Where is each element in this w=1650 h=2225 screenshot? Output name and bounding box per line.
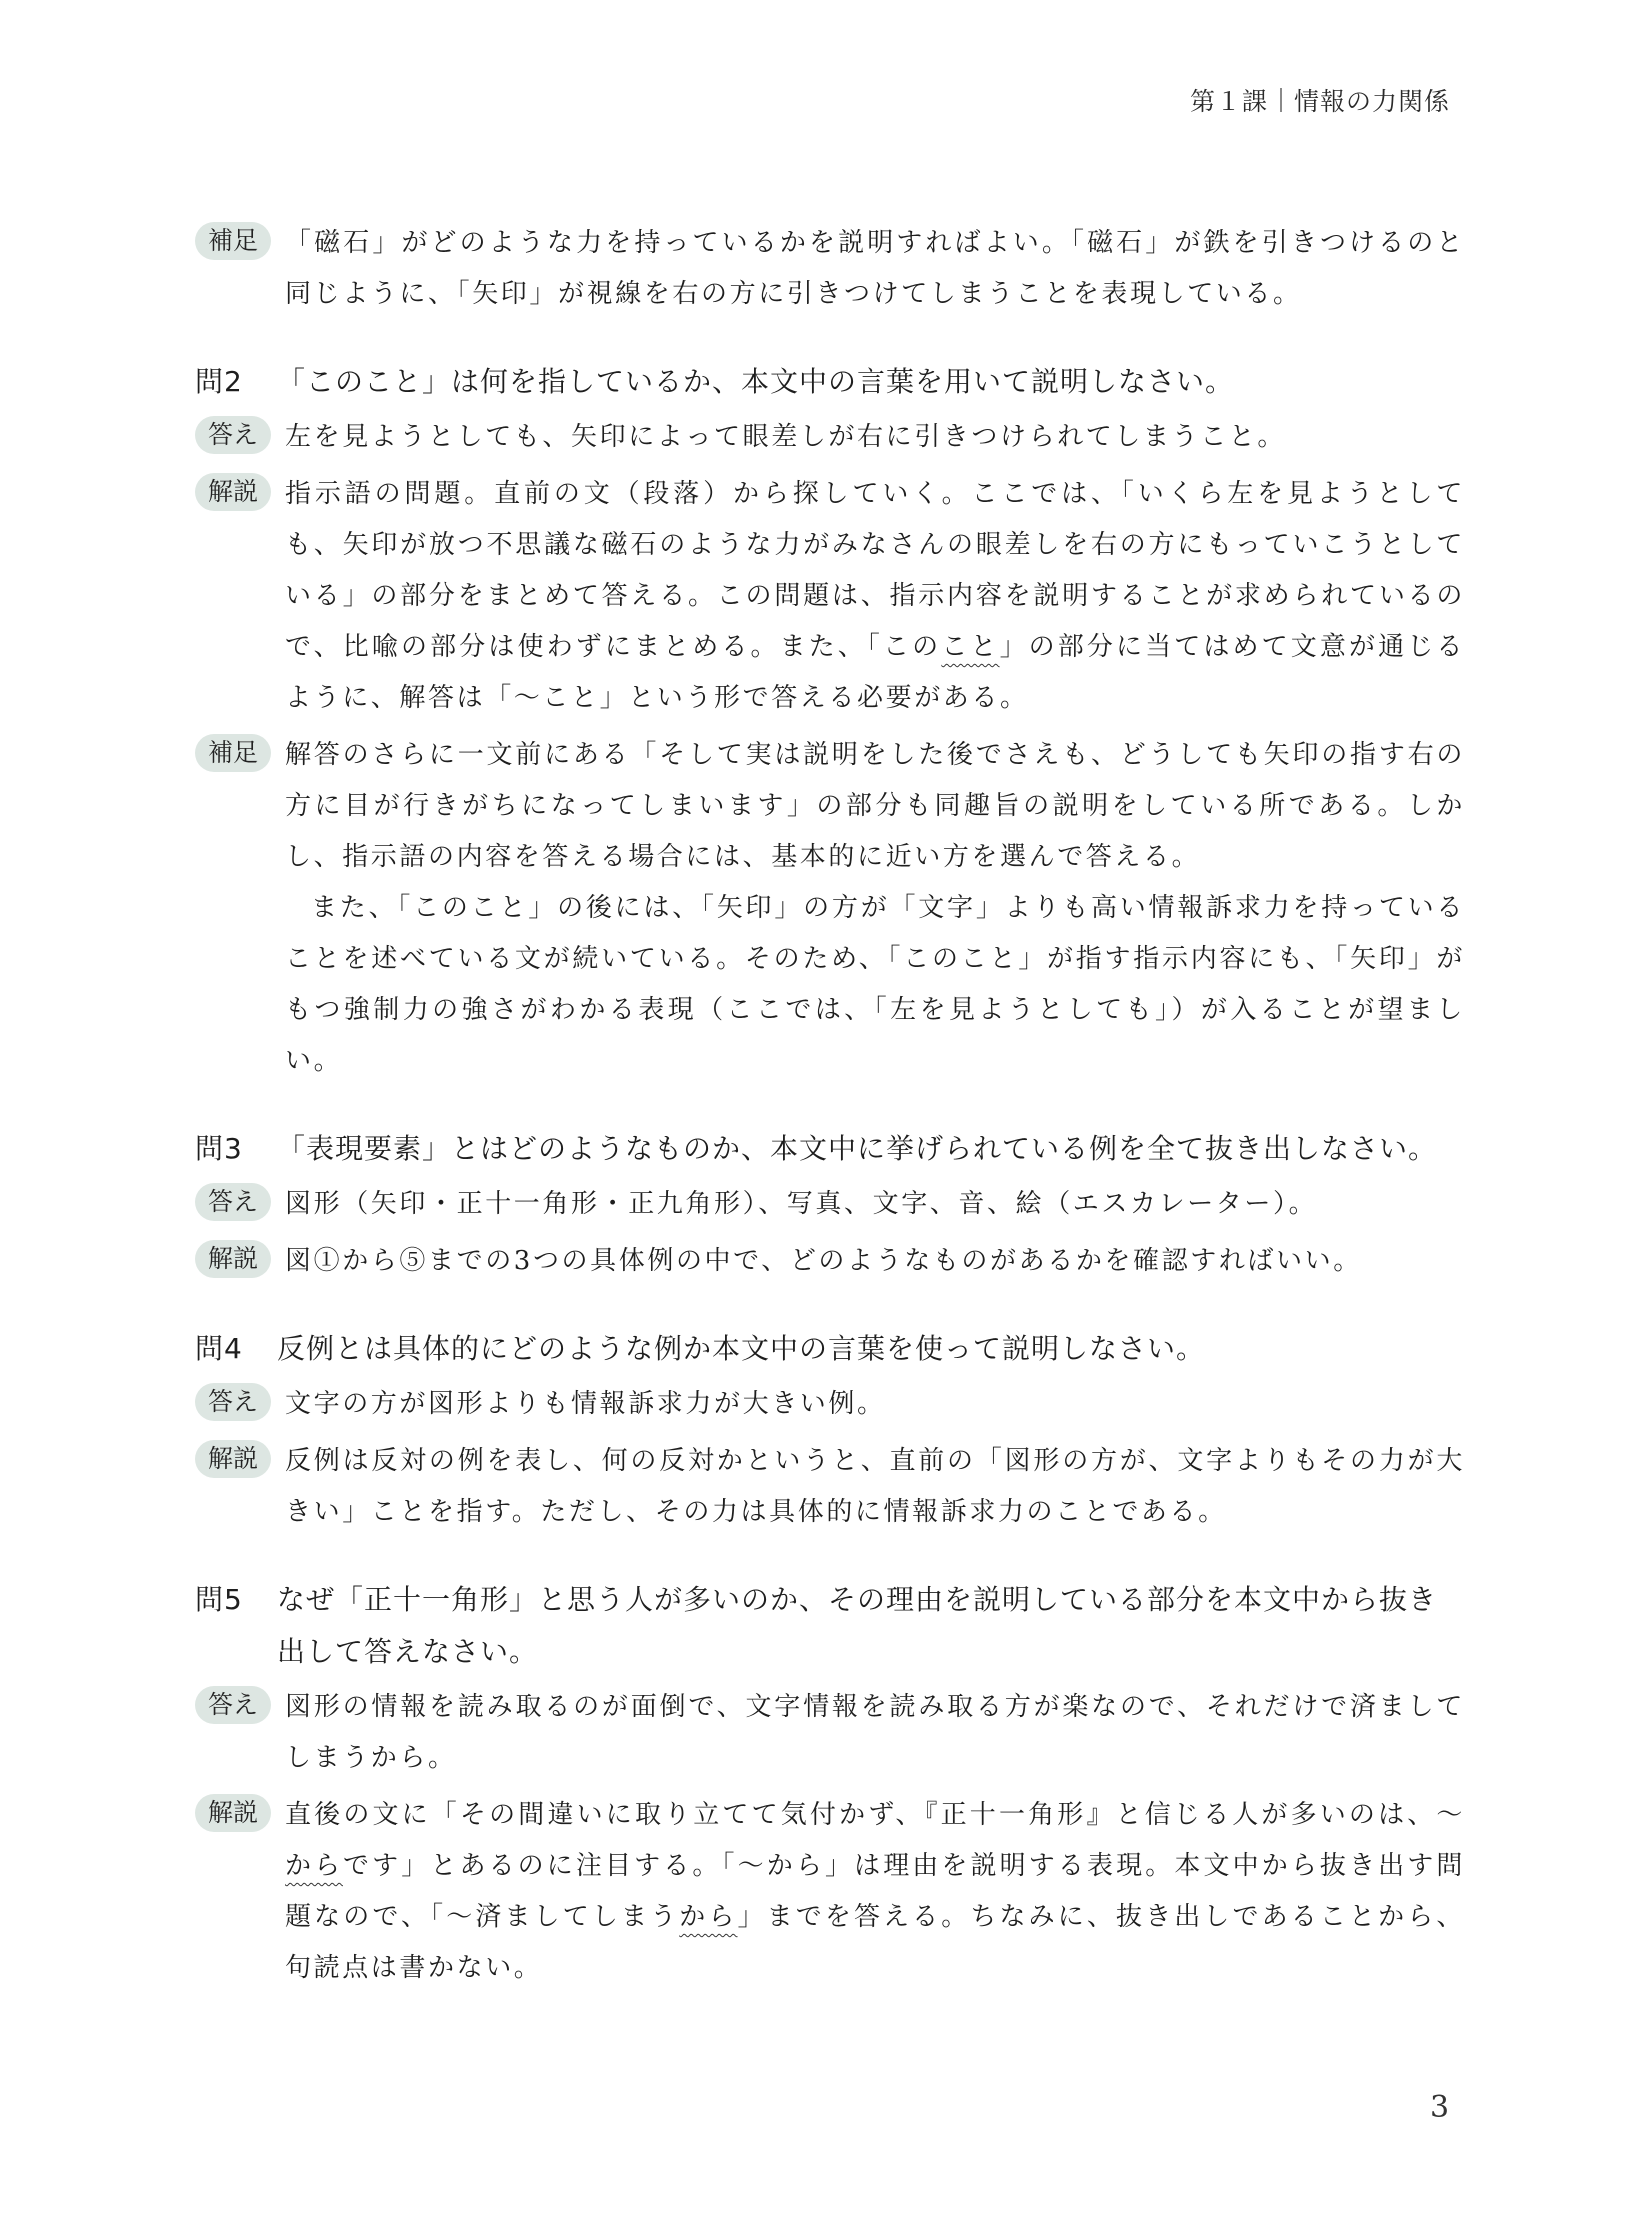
supplement-text: 「磁石」がどのような力を持っているかを説明すればよい。「磁石」が鉄を引きつけるの… [285, 218, 1465, 320]
running-header: 第１課 情報の力関係 [1190, 82, 1450, 118]
explanation-text: 反例は反対の例を表し、何の反対かというと、直前の「図形の方が、文字よりもその力が… [285, 1436, 1465, 1538]
answer-badge: 答え [195, 416, 271, 454]
q3-explanation-block: 解説 図①から⑤までの3つの具体例の中で、どのようなものがあるかを確認すればいい… [195, 1236, 1465, 1287]
q4-explanation-block: 解説 反例は反対の例を表し、何の反対かというと、直前の「図形の方が、文字よりもそ… [195, 1436, 1465, 1538]
page-content: 補足 「磁石」がどのような力を持っているかを説明すればよい。「磁石」が鉄を引きつ… [195, 218, 1465, 2000]
q4-answer-block: 答え 文字の方が図形よりも情報訴求力が大きい例。 [195, 1379, 1465, 1430]
question-4: 問4 反例とは具体的にどのような例か本文中の言葉を使って説明しなさい。 [195, 1323, 1465, 1375]
answer-badge: 答え [195, 1183, 271, 1221]
answer-text: 図形の情報を読み取るのが面倒で、文字情報を読み取る方が楽なので、それだけで済まし… [285, 1682, 1465, 1784]
header-divider [1280, 88, 1282, 112]
explanation-badge: 解説 [195, 1440, 271, 1478]
question-number: 問3 [195, 1123, 277, 1175]
question-2: 問2 「このこと」は何を指しているか、本文中の言葉を用いて説明しなさい。 [195, 356, 1465, 408]
supplement-badge: 補足 [195, 734, 271, 772]
wavy-underline-emphasis: から [679, 1902, 737, 1932]
explanation-badge: 解説 [195, 473, 271, 511]
explanation-text: 直後の文に「その間違いに取り立てて気付かず、『正十一角形』と信じる人が多いのは、… [285, 1790, 1465, 1994]
question-5: 問5 なぜ「正十一角形」と思う人が多いのか、その理由を説明している部分を本文中か… [195, 1574, 1465, 1678]
question-number: 問4 [195, 1323, 277, 1375]
question-text: 「表現要素」とはどのようなものか、本文中に挙げられている例を全て抜き出しなさい。 [277, 1123, 1465, 1175]
q5-explanation-block: 解説 直後の文に「その間違いに取り立てて気付かず、『正十一角形』と信じる人が多い… [195, 1790, 1465, 1994]
explanation-badge: 解説 [195, 1794, 271, 1832]
intro-supplement-block: 補足 「磁石」がどのような力を持っているかを説明すればよい。「磁石」が鉄を引きつ… [195, 218, 1465, 320]
page-number: 3 [1430, 2090, 1449, 2125]
q2-explanation-block: 解説 指示語の問題。直前の文（段落）から探していく。ここでは、「いくら左を見よう… [195, 469, 1465, 724]
answer-text: 左を見ようとしても、矢印によって眼差しが右に引きつけられてしまうこと。 [285, 412, 1465, 463]
answer-text: 文字の方が図形よりも情報訴求力が大きい例。 [285, 1379, 1465, 1430]
lesson-number: 第１課 [1190, 82, 1268, 118]
q5-answer-block: 答え 図形の情報を読み取るのが面倒で、文字情報を読み取る方が楽なので、それだけで… [195, 1682, 1465, 1784]
question-text: 「このこと」は何を指しているか、本文中の言葉を用いて説明しなさい。 [277, 356, 1465, 408]
explanation-badge: 解説 [195, 1240, 271, 1278]
q2-supplement-block: 補足 解答のさらに一文前にある「そして実は説明をした後でさえも、どうしても矢印の… [195, 730, 1465, 1087]
answer-badge: 答え [195, 1383, 271, 1421]
answer-badge: 答え [195, 1686, 271, 1724]
question-text: 反例とは具体的にどのような例か本文中の言葉を使って説明しなさい。 [277, 1323, 1465, 1375]
question-3: 問3 「表現要素」とはどのようなものか、本文中に挙げられている例を全て抜き出しな… [195, 1123, 1465, 1175]
question-number: 問5 [195, 1574, 277, 1626]
explanation-text: 図①から⑤までの3つの具体例の中で、どのようなものがあるかを確認すればいい。 [285, 1236, 1465, 1287]
q2-answer-block: 答え 左を見ようとしても、矢印によって眼差しが右に引きつけられてしまうこと。 [195, 412, 1465, 463]
supplement-text: 解答のさらに一文前にある「そして実は説明をした後でさえも、どうしても矢印の指す右… [285, 730, 1465, 1087]
wavy-underline-emphasis: こと [941, 632, 999, 662]
question-number: 問2 [195, 356, 277, 408]
supplement-badge: 補足 [195, 222, 271, 260]
explanation-text: 指示語の問題。直前の文（段落）から探していく。ここでは、「いくら左を見ようとして… [285, 469, 1465, 724]
q3-answer-block: 答え 図形（矢印・正十一角形・正九角形）、写真、文字、音、絵（エスカレーター）。 [195, 1179, 1465, 1230]
lesson-title: 情報の力関係 [1294, 82, 1450, 118]
answer-text: 図形（矢印・正十一角形・正九角形）、写真、文字、音、絵（エスカレーター）。 [285, 1179, 1465, 1230]
wavy-underline-emphasis: から [285, 1851, 343, 1881]
question-text: なぜ「正十一角形」と思う人が多いのか、その理由を説明している部分を本文中から抜き… [277, 1574, 1465, 1678]
